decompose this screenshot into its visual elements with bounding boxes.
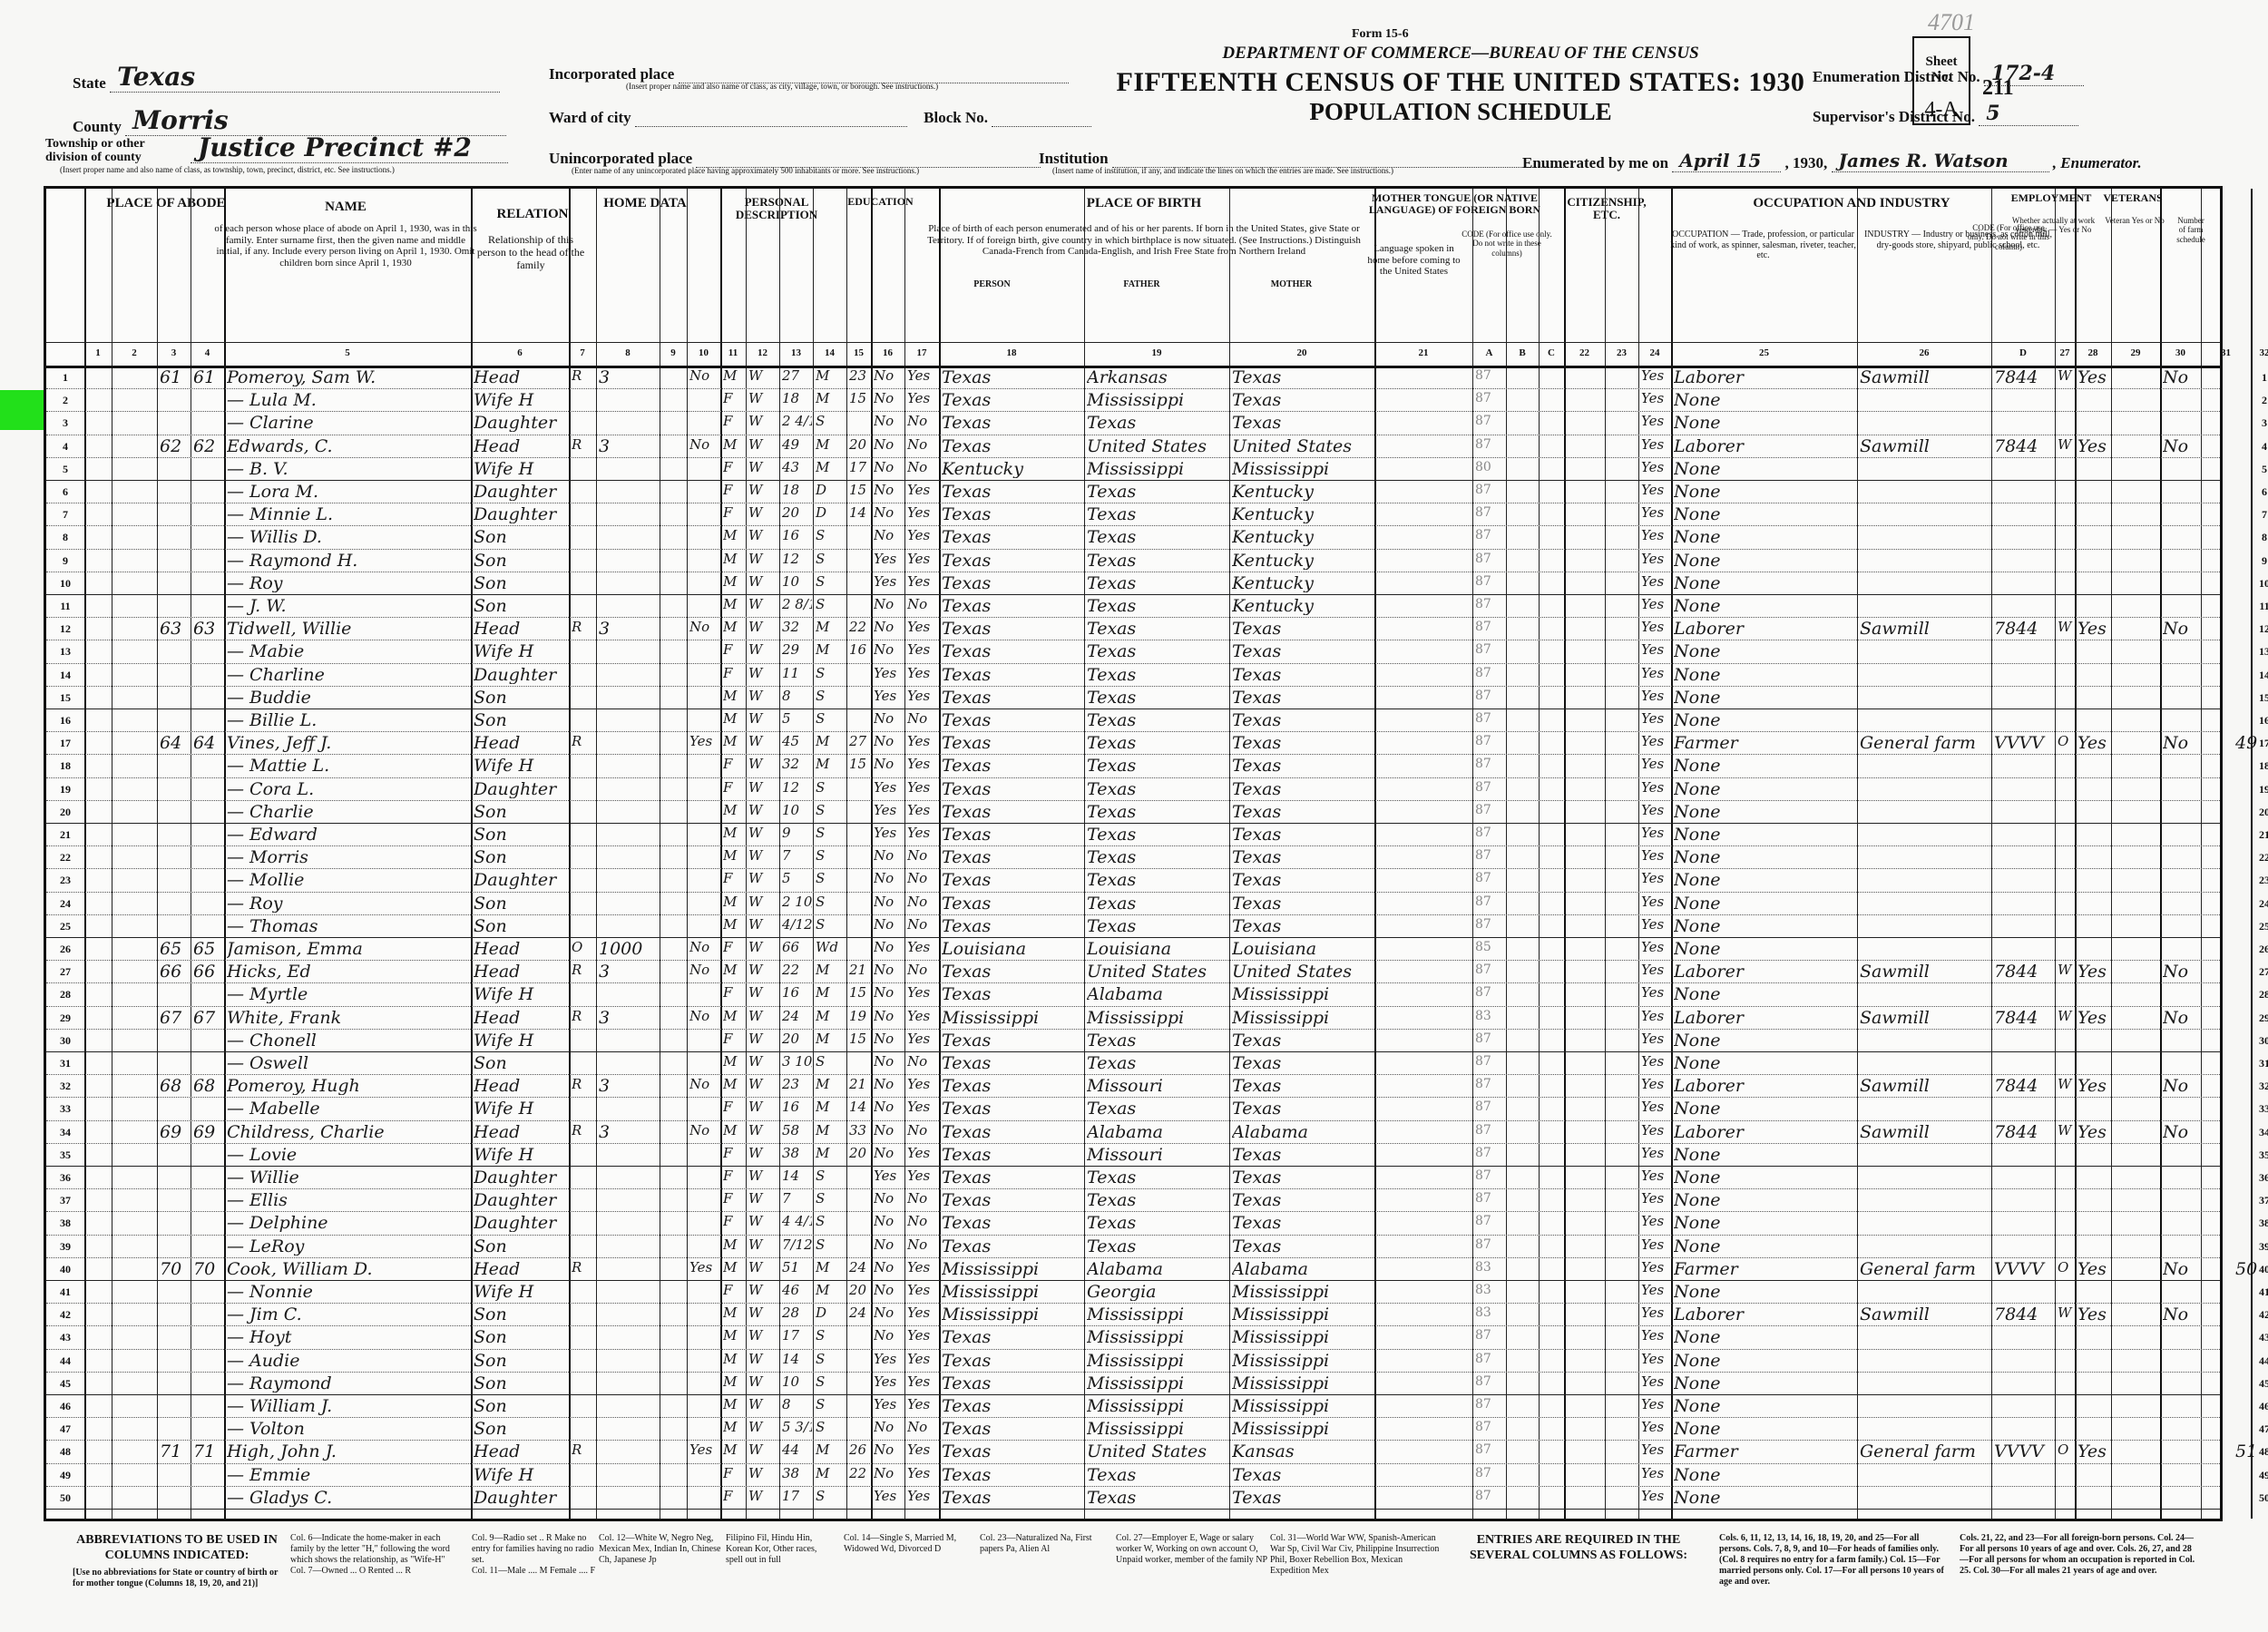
- cell-code: 87: [1475, 689, 1505, 702]
- cell-sex: M: [723, 1421, 745, 1434]
- cell-sex: M: [723, 1261, 745, 1275]
- line-number: 33: [2251, 1102, 2268, 1116]
- cell-occ: None: [1674, 1284, 1856, 1301]
- cell-pb: Texas: [942, 826, 1083, 844]
- cell-fb: Mississippi: [1087, 461, 1228, 478]
- cell-pb: Texas: [942, 689, 1083, 707]
- cell-sch: No: [874, 1124, 904, 1138]
- cell-rd: Yes: [907, 667, 938, 680]
- footer-entries-b: Cols. 21, 22, and 23—For all foreign-bor…: [1960, 1533, 2195, 1577]
- cell-val: 3: [599, 1078, 659, 1095]
- cell-rel: Son: [474, 598, 568, 615]
- cell-fm: 20: [849, 1284, 870, 1297]
- row-divider: [46, 800, 2220, 801]
- block-label: Block No.: [924, 109, 988, 126]
- line-number: 47: [2251, 1422, 2268, 1436]
- cell-fb: Texas: [1087, 1192, 1228, 1209]
- cell-fb: Texas: [1087, 667, 1228, 684]
- cell-sch: No: [874, 1238, 904, 1252]
- cell-age: 8: [782, 689, 812, 703]
- cell-work: Yes: [2077, 1010, 2110, 1027]
- cell-pb: Mississippi: [942, 1306, 1083, 1324]
- cell-pb: Texas: [942, 1169, 1083, 1187]
- row-divider: [46, 594, 2220, 595]
- entries-b: Cols. 21, 22, and 23—For all foreign-bor…: [1960, 1533, 2195, 1577]
- line-number: 3: [46, 416, 84, 430]
- cell-fb: Mississippi: [1087, 1398, 1228, 1415]
- cell-rd: Yes: [907, 552, 938, 566]
- cell-mar: M: [816, 1078, 846, 1091]
- abbrev-col12: Col. 12—White W, Negro Neg, Mexican Mex,…: [599, 1533, 726, 1566]
- column-number: 27: [2055, 347, 2075, 358]
- cell-mar: M: [816, 1147, 846, 1160]
- row-divider: [46, 1029, 2220, 1030]
- cell-mar: M: [816, 963, 846, 977]
- cell-age: 29: [782, 643, 812, 657]
- cell-pb: Texas: [942, 963, 1083, 981]
- cell-rd: Yes: [907, 484, 938, 497]
- cell-pb: Texas: [942, 392, 1083, 409]
- footer-col6-col7: Col. 6—Indicate the home-maker in each f…: [290, 1533, 454, 1577]
- cell-eng: Yes: [1641, 941, 1670, 954]
- cell-mb: Texas: [1232, 804, 1374, 821]
- cell-name: — Minnie L.: [227, 506, 470, 523]
- cell-age: 14: [782, 1353, 812, 1366]
- cell-sch: No: [874, 757, 904, 771]
- line-number: 2: [2251, 394, 2268, 407]
- abbrev-col12b: Filipino Fil, Hindu Hin, Korean Kor, Oth…: [726, 1533, 835, 1566]
- cell-mb: Texas: [1232, 667, 1374, 684]
- cell-mar: S: [816, 667, 846, 680]
- cell-occ: None: [1674, 552, 1856, 570]
- line-number: 10: [2251, 577, 2268, 591]
- cell-rel: Head: [474, 1443, 568, 1461]
- cell-mar: S: [816, 529, 846, 542]
- cell-name: — Mabelle: [227, 1100, 470, 1118]
- row-divider: [46, 937, 2220, 938]
- cell-mar: M: [816, 1443, 846, 1457]
- cell-sex: M: [723, 895, 745, 909]
- cell-ind: Sawmill: [1860, 369, 1990, 386]
- line-number: 27: [2251, 965, 2268, 979]
- cell-occ: None: [1674, 529, 1856, 546]
- cell-farm: No: [689, 941, 719, 954]
- state-label: State: [73, 74, 106, 92]
- cell-sch: Yes: [874, 804, 904, 817]
- cell-val: 3: [599, 621, 659, 638]
- enumerator-label: , Enumerator.: [2053, 154, 2142, 171]
- row-divider: [46, 1074, 2220, 1075]
- row-divider: [46, 1280, 2220, 1281]
- row-divider: [46, 845, 2220, 846]
- cell-rd: Yes: [907, 1010, 938, 1023]
- cell-fb: Mississippi: [1087, 1421, 1228, 1438]
- cell-eng: Yes: [1641, 826, 1670, 840]
- column-number: 21: [1374, 347, 1472, 358]
- cell-vet: No: [2163, 1078, 2200, 1095]
- line-number: 41: [2251, 1285, 2268, 1299]
- cell-eng: Yes: [1641, 1215, 1670, 1228]
- row-divider: [46, 1257, 2220, 1258]
- cell-race: W: [748, 1284, 778, 1297]
- cell-occ: None: [1674, 1375, 1856, 1393]
- cell-fb: Missouri: [1087, 1147, 1228, 1164]
- cell-pb: Texas: [942, 1215, 1083, 1232]
- cell-occ: None: [1674, 1055, 1856, 1072]
- cell-occ: None: [1674, 757, 1856, 775]
- cell-eng: Yes: [1641, 1353, 1670, 1366]
- institution-note: (Insert name of institution, if any, and…: [1052, 166, 1393, 175]
- line-number: 43: [2251, 1331, 2268, 1344]
- cell-mar: S: [816, 918, 846, 932]
- cell-sch: Yes: [874, 689, 904, 703]
- incorporated-field: Incorporated place: [549, 65, 1069, 83]
- cell-pb: Texas: [942, 735, 1083, 752]
- cell-race: W: [748, 1010, 778, 1023]
- cell-occ: Farmer: [1674, 735, 1856, 752]
- cell-eng: Yes: [1641, 986, 1670, 1000]
- cell-age: 2 10/12: [782, 895, 812, 909]
- cell-own: R: [572, 1443, 595, 1457]
- cell-rd: Yes: [907, 781, 938, 795]
- cell-mar: M: [816, 986, 846, 1000]
- cell-code: 87: [1475, 1032, 1505, 1045]
- header-farm-schedule: Number of farm schedule: [2174, 216, 2208, 244]
- cell-vet: No: [2163, 438, 2200, 455]
- cell-rd: Yes: [907, 1147, 938, 1160]
- line-number: 23: [2251, 874, 2268, 887]
- cell-sex: M: [723, 1375, 745, 1389]
- cell-rel: Wife H: [474, 1032, 568, 1050]
- township-value: Justice Precinct #2: [198, 132, 472, 162]
- cell-code: 87: [1475, 484, 1505, 496]
- cell-pb: Texas: [942, 712, 1083, 729]
- cell-cd: 7844: [1994, 1010, 2054, 1027]
- cell-vet: No: [2163, 1010, 2200, 1027]
- cell-age: 28: [782, 1306, 812, 1320]
- cell-race: W: [748, 1421, 778, 1434]
- cell-work: Yes: [2077, 1261, 2110, 1278]
- cell-sch: Yes: [874, 1490, 904, 1503]
- line-number: 16: [46, 714, 84, 728]
- cell-fb: Texas: [1087, 1215, 1228, 1232]
- township-label: Township or other division of county: [45, 138, 163, 164]
- cell-mb: Kentucky: [1232, 598, 1374, 615]
- line-number: 7: [2251, 508, 2268, 522]
- row-divider: [46, 411, 2220, 412]
- column-number: 12: [746, 347, 779, 358]
- line-number: 28: [46, 988, 84, 1002]
- enumerated-label: Enumerated by me on: [1522, 154, 1668, 171]
- cell-sch: No: [874, 1078, 904, 1091]
- cell-rd: Yes: [907, 1398, 938, 1412]
- line-number: 50: [2251, 1491, 2268, 1505]
- cell-vet: No: [2163, 963, 2200, 981]
- cell-race: W: [748, 1078, 778, 1091]
- cell-mar: S: [816, 1353, 846, 1366]
- cell-eng: Yes: [1641, 1421, 1670, 1434]
- cell-mb: Texas: [1232, 1032, 1374, 1050]
- column-number: 23: [1605, 347, 1638, 358]
- cell-age: 4 4/12: [782, 1215, 812, 1228]
- cell-rd: Yes: [907, 1329, 938, 1343]
- cell-sch: No: [874, 735, 904, 748]
- cell-ind: Sawmill: [1860, 1124, 1990, 1141]
- cell-own: R: [572, 1078, 595, 1091]
- cell-farm: Yes: [689, 735, 719, 748]
- cell-farm: No: [689, 1078, 719, 1091]
- cell-mar: M: [816, 369, 846, 383]
- cell-sex: F: [723, 986, 745, 1000]
- cell-fs: 49: [2235, 735, 2268, 752]
- cell-occ: None: [1674, 643, 1856, 660]
- cell-mar: S: [816, 872, 846, 885]
- cell-race: W: [748, 1467, 778, 1481]
- cell-name: — Gladys C.: [227, 1490, 470, 1507]
- cell-age: 46: [782, 1284, 812, 1297]
- cell-val: 3: [599, 369, 659, 386]
- cell-work: Yes: [2077, 1443, 2110, 1461]
- cell-fb: Texas: [1087, 1100, 1228, 1118]
- cell-sex: M: [723, 712, 745, 726]
- cell-sex: M: [723, 918, 745, 932]
- line-number: 39: [2251, 1240, 2268, 1254]
- cell-sex: F: [723, 781, 745, 795]
- cell-work: Yes: [2077, 963, 2110, 981]
- cell-name: — Volton: [227, 1421, 470, 1438]
- cell-code: 83: [1475, 1284, 1505, 1296]
- cell-cls: W: [2058, 369, 2074, 383]
- cell-fm: 33: [849, 1124, 870, 1138]
- cell-ind: Sawmill: [1860, 438, 1990, 455]
- line-number: 25: [46, 920, 84, 933]
- cell-age: 8: [782, 1398, 812, 1412]
- county-label: County: [73, 118, 122, 135]
- sd-value: 5: [1986, 102, 1999, 125]
- incorporated-label: Incorporated place: [549, 65, 674, 83]
- cell-fb: Missouri: [1087, 1078, 1228, 1095]
- cell-occ: None: [1674, 484, 1856, 501]
- cell-pb: Texas: [942, 369, 1083, 386]
- cell-name: — Charlie: [227, 804, 470, 821]
- cell-age: 5: [782, 712, 812, 726]
- cell-race: W: [748, 1147, 778, 1160]
- header-name-instructions: of each person whose place of abode on A…: [214, 223, 477, 269]
- cell-code: 87: [1475, 712, 1505, 725]
- cell-fb: Mississippi: [1087, 1329, 1228, 1346]
- cell-sch: No: [874, 1306, 904, 1320]
- cell-age: 16: [782, 1100, 812, 1114]
- line-number: 12: [46, 622, 84, 636]
- cell-eng: Yes: [1641, 1100, 1670, 1114]
- cell-sch: No: [874, 1261, 904, 1275]
- cell-name: — Emmie: [227, 1467, 470, 1484]
- cell-code: 87: [1475, 1443, 1505, 1456]
- cell-race: W: [748, 1261, 778, 1275]
- cell-code: 87: [1475, 872, 1505, 884]
- row-divider: [46, 1372, 2220, 1373]
- cell-own: R: [572, 963, 595, 977]
- cell-eng: Yes: [1641, 598, 1670, 611]
- cell-name: — Thomas: [227, 918, 470, 935]
- cell-sch: No: [874, 598, 904, 611]
- cell-eng: Yes: [1641, 1329, 1670, 1343]
- cell-rd: No: [907, 438, 938, 452]
- cell-eng: Yes: [1641, 552, 1670, 566]
- cell-age: 11: [782, 667, 812, 680]
- abbrev-col14: Col. 14—Single S, Married M, Widowed Wd,…: [844, 1533, 971, 1555]
- cell-age: 49: [782, 438, 812, 452]
- cell-code: 87: [1475, 667, 1505, 679]
- cell-pb: Texas: [942, 415, 1083, 432]
- cell-occ: None: [1674, 712, 1856, 729]
- cell-eng: Yes: [1641, 643, 1670, 657]
- cell-pb: Texas: [942, 849, 1083, 866]
- cell-age: 10: [782, 575, 812, 589]
- cell-rel: Wife H: [474, 1284, 568, 1301]
- group-veterans: VETERANS: [2097, 192, 2169, 204]
- group-citizenship: CITIZENSHIP, ETC.: [1552, 196, 1661, 222]
- cell-sex: F: [723, 643, 745, 657]
- cell-mar: M: [816, 461, 846, 474]
- cell-code: 87: [1475, 963, 1505, 976]
- cell-sex: F: [723, 1215, 745, 1228]
- cell-occ: None: [1674, 1100, 1856, 1118]
- column-number: 14: [813, 347, 846, 358]
- cell-pb: Texas: [942, 804, 1083, 821]
- cell-rd: Yes: [907, 1078, 938, 1091]
- cell-mb: Texas: [1232, 1490, 1374, 1507]
- cell-mb: Texas: [1232, 1169, 1374, 1187]
- cell-mar: S: [816, 1398, 846, 1412]
- cell-race: W: [748, 712, 778, 726]
- cell-race: W: [748, 621, 778, 634]
- cell-ind: Sawmill: [1860, 1010, 1990, 1027]
- line-number: 41: [46, 1285, 84, 1299]
- cell-occ: None: [1674, 1192, 1856, 1209]
- entries-title: ENTRIES ARE REQUIRED IN THE SEVERAL COLU…: [1470, 1533, 1687, 1564]
- cell-rel: Wife H: [474, 461, 568, 478]
- column-number: 13: [779, 347, 813, 358]
- cell-occ: Laborer: [1674, 1078, 1856, 1095]
- page-subtitle: POPULATION SCHEDULE: [1043, 98, 1878, 126]
- cell-sex: M: [723, 598, 745, 611]
- row-divider: [46, 1211, 2220, 1212]
- cell-sch: No: [874, 895, 904, 909]
- cell-mar: S: [816, 849, 846, 863]
- cell-code: 87: [1475, 986, 1505, 999]
- cell-occ: None: [1674, 1398, 1856, 1415]
- cell-vet: No: [2163, 1261, 2200, 1278]
- cell-fm: 24: [849, 1306, 870, 1320]
- abbrev-col27: Col. 27—Employer E, Wage or salary worke…: [1116, 1533, 1270, 1566]
- cell-age: 10: [782, 1375, 812, 1389]
- line-number: 11: [2251, 600, 2268, 613]
- cell-rd: Yes: [907, 1100, 938, 1114]
- cell-mar: D: [816, 484, 846, 497]
- cell-age: 7/12: [782, 1238, 812, 1252]
- cell-fb: Texas: [1087, 712, 1228, 729]
- cell-pb: Louisiana: [942, 941, 1083, 958]
- cell-mar: M: [816, 621, 846, 634]
- cell-age: 2 8/12: [782, 598, 812, 611]
- cell-mb: Texas: [1232, 849, 1374, 866]
- cell-mb: Texas: [1232, 392, 1374, 409]
- cell-rel: Son: [474, 552, 568, 570]
- cell-mb: Mississippi: [1232, 1398, 1374, 1415]
- cell-pb: Texas: [942, 1490, 1083, 1507]
- cell-dw: 68: [160, 1078, 190, 1095]
- cell-sex: F: [723, 1490, 745, 1503]
- cell-fb: Arkansas: [1087, 369, 1228, 386]
- line-number: 36: [2251, 1171, 2268, 1185]
- cell-eng: Yes: [1641, 1490, 1670, 1503]
- line-number: 31: [46, 1057, 84, 1070]
- cell-eng: Yes: [1641, 712, 1670, 726]
- cell-mb: Mississippi: [1232, 1284, 1374, 1301]
- cell-age: 27: [782, 369, 812, 383]
- cell-fb: Texas: [1087, 643, 1228, 660]
- cell-name: — Audie: [227, 1353, 470, 1370]
- cell-occ: None: [1674, 826, 1856, 844]
- cell-fb: Texas: [1087, 1169, 1228, 1187]
- cell-occ: None: [1674, 1169, 1856, 1187]
- cell-code: 87: [1475, 529, 1505, 542]
- cell-rd: No: [907, 1192, 938, 1206]
- cell-sex: M: [723, 1353, 745, 1366]
- cell-age: 17: [782, 1490, 812, 1503]
- cell-mar: S: [816, 1421, 846, 1434]
- line-number: 9: [46, 554, 84, 568]
- cell-sch: No: [874, 621, 904, 634]
- cell-age: 38: [782, 1467, 812, 1481]
- cell-occ: None: [1674, 1353, 1856, 1370]
- column-number: 20: [1229, 347, 1374, 358]
- cell-cd: 7844: [1994, 1124, 2054, 1141]
- line-number: 1: [2251, 371, 2268, 385]
- row-divider: [46, 617, 2220, 618]
- cell-pb: Texas: [942, 1398, 1083, 1415]
- cell-mb: Texas: [1232, 1215, 1374, 1232]
- cell-eng: Yes: [1641, 1032, 1670, 1046]
- line-number: 33: [46, 1102, 84, 1116]
- department-heading: DEPARTMENT OF COMMERCE—BUREAU OF THE CEN…: [1134, 44, 1787, 64]
- cell-sch: Yes: [874, 826, 904, 840]
- cell-sex: F: [723, 506, 745, 520]
- county-value: Morris: [132, 105, 229, 135]
- cell-mb: United States: [1232, 963, 1374, 981]
- cell-mar: S: [816, 1490, 846, 1503]
- column-number: 6: [471, 347, 569, 358]
- cell-cls: W: [2058, 963, 2074, 977]
- cell-fm: 21: [849, 1078, 870, 1091]
- cell-race: W: [748, 963, 778, 977]
- cell-code: 87: [1475, 415, 1505, 427]
- cell-pb: Texas: [942, 621, 1083, 638]
- cell-eng: Yes: [1641, 735, 1670, 748]
- cell-mb: Texas: [1232, 1100, 1374, 1118]
- cell-fb: Mississippi: [1087, 1353, 1228, 1370]
- cell-fb: Texas: [1087, 621, 1228, 638]
- line-number: 16: [2251, 714, 2268, 728]
- cell-fb: Texas: [1087, 849, 1228, 866]
- cell-code: 87: [1475, 826, 1505, 839]
- line-number: 1: [46, 371, 84, 385]
- cell-mar: Wd: [816, 941, 846, 954]
- column-number: 11: [720, 347, 746, 358]
- cell-rel: Daughter: [474, 484, 568, 501]
- cell-sex: F: [723, 1147, 745, 1160]
